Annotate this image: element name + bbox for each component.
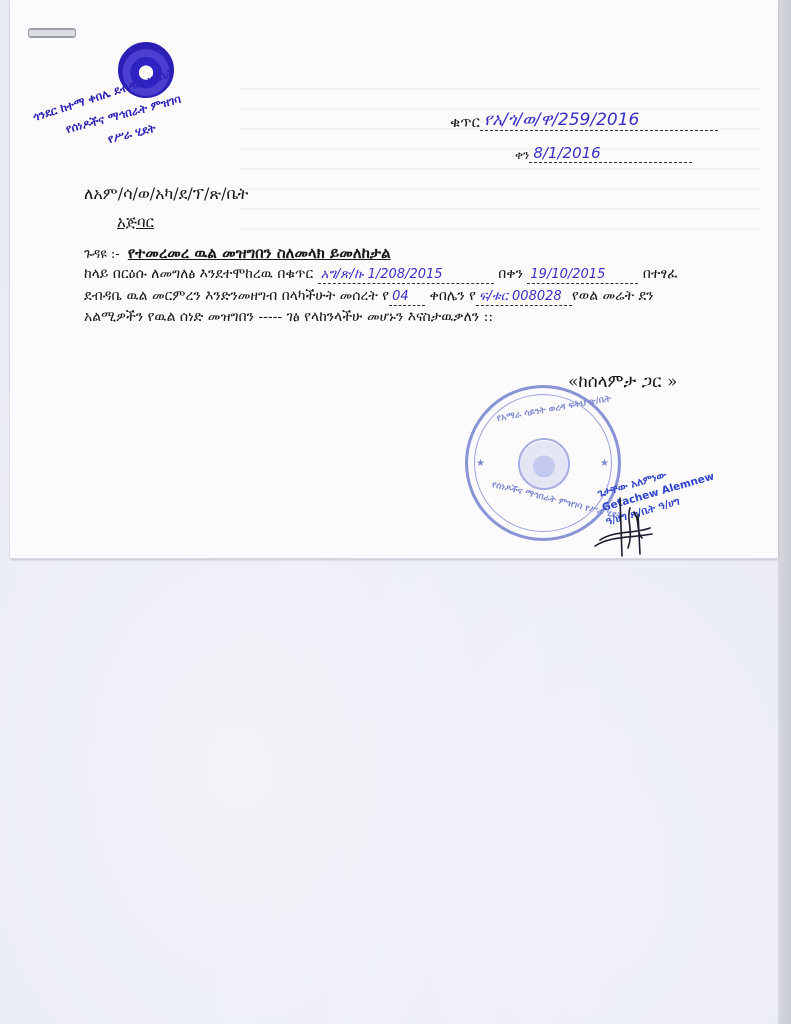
seal-emblem-icon [518,438,570,490]
closing-greeting: «ከሰላምታ ጋር » [568,372,677,392]
document-number: ፍ/ቱር 008028 [476,289,572,306]
subject-label: ጉዳዩ :- [84,247,120,262]
referenced-letter-number: አግ/ጽ/ኩ 1/208/2015 [318,267,494,284]
star-icon: ★ [476,458,485,469]
staple-icon [28,28,76,38]
referenced-letter-date: 19/10/2015 [527,267,638,284]
date-label: ቀን [515,148,529,163]
reference-label: ቁጥር [450,113,480,131]
subject-text: የተመረመረ ዉል መዝግበን ስለመላክ ይመለከታል [128,244,391,262]
subject-line: ጉዳዩ :- የተመረመረ ዉል መዝግበን ስለመላክ ይመለከታል [84,244,391,262]
reference-value: የአ/ጎ/ወ/ዋ/259/2016 [480,110,718,131]
signature-icon [590,490,660,560]
scanner-edge [778,0,791,1024]
letter-date: ቀን 8/1/2016 [515,144,692,163]
kebele-count: 04 [389,289,425,306]
date-value: 8/1/2016 [529,144,692,163]
reference-number: ቁጥር የአ/ጎ/ወ/ዋ/259/2016 [450,110,718,131]
body-text: በቀን [498,266,523,282]
header-stamp: ጎንደር ከተማ ቀበሌ ደብዳቤ ዜ/ቤት የሰነዶችና ማኅበራት ምዝገባ… [30,40,260,160]
seal-top-text: የአማራ ሳይንት ወረዳ ፍትህ ጽ/ቤት [496,394,612,424]
salutation: አጅባር [117,213,154,231]
body-text: ቀበሌን የ [430,288,476,304]
letter-body: ከላይ በርዕሱ ለመግለፅ እንደተሞከረዉ በቁጥር አግ/ጽ/ኩ 1/20… [84,264,704,329]
star-icon: ★ [600,458,609,469]
body-text: ከላይ በርዕሱ ለመግለፅ እንደተሞከረዉ በቁጥር [84,266,313,282]
recipient: ለአም/ሳ/ወ/አካ/ደ/ፕ/ጽ/ቤት [84,184,248,204]
